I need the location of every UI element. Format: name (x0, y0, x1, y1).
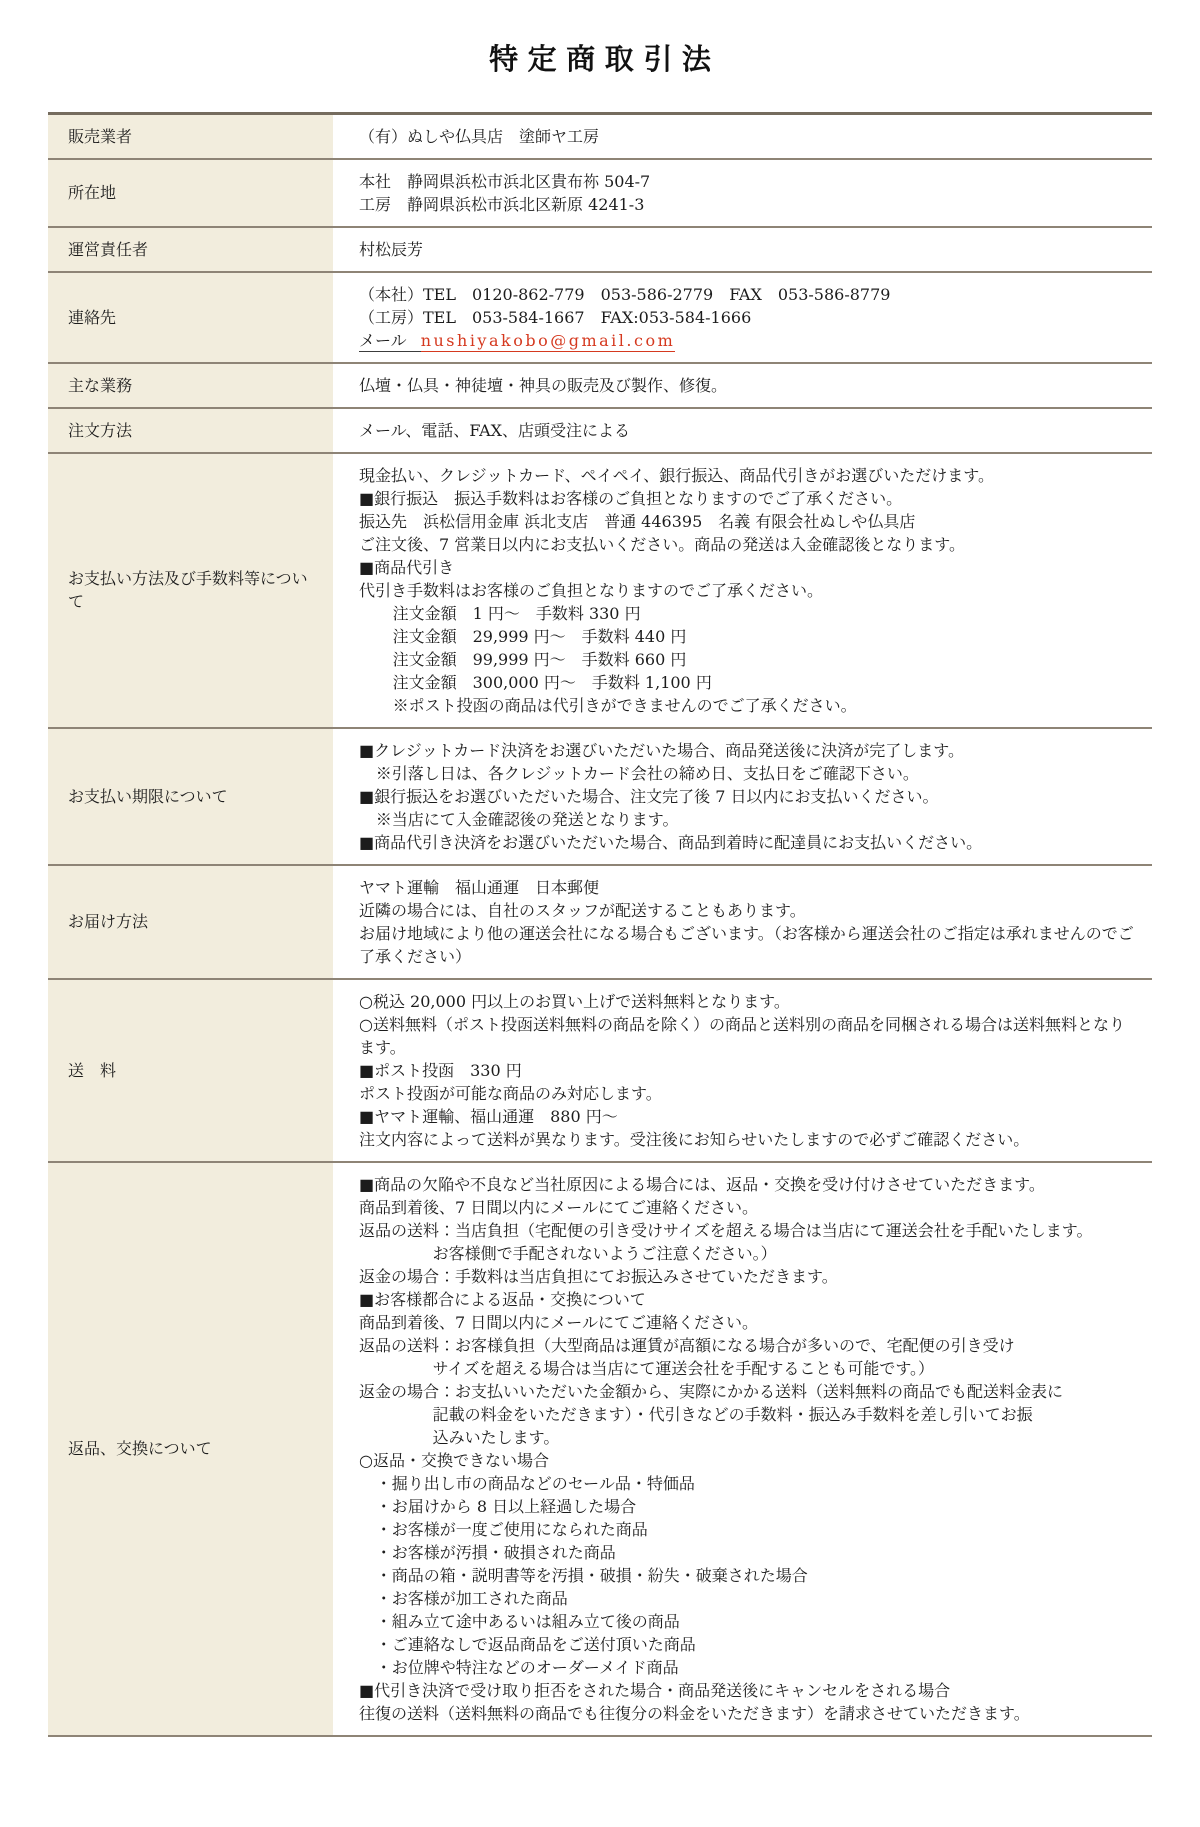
table-row: 連絡先（本社）TEL 0120-862-779 053-586-2779 FAX… (48, 271, 1152, 362)
text-line: 注文金額 29,999 円～ 手数料 440 円 (359, 625, 1140, 648)
text-line: ■ポスト投函 330 円 (359, 1059, 1140, 1082)
row-content-cell: ヤマト運輸 福山通運 日本郵便近隣の場合には、自社のスタッフが配送することもあり… (333, 866, 1152, 978)
text-line: ■商品代引き決済をお選びいただいた場合、商品到着時に配達員にお支払いください。 (359, 831, 1140, 854)
text-line: ヤマト運輸 福山通運 日本郵便 (359, 876, 1140, 899)
text-line: ・掘り出し市の商品などのセール品・特価品 (359, 1472, 1140, 1495)
row-label-text: お支払い期限について (68, 785, 228, 808)
text-line: ・お客様が一度ご使用になられた商品 (359, 1518, 1140, 1541)
table-row: お支払い期限について■クレジットカード決済をお選びいただいた場合、商品発送後に決… (48, 727, 1152, 864)
table-row: 送 料○税込 20,000 円以上のお買い上げで送料無料となります。○送料無料（… (48, 978, 1152, 1161)
row-label-cell: 注文方法 (48, 409, 333, 452)
text-line: ■商品代引き (359, 556, 1140, 579)
row-content-cell: （有）ぬしや仏具店 塗師ヤ工房 (333, 115, 1152, 158)
text-line: 返品の送料：お客様負担（大型商品は運賃が高額になる場合が多いので、宅配便の引き受… (359, 1334, 1140, 1357)
text-line: 返品の送料：当店負担（宅配便の引き受けサイズを超える場合は当店にて運送会社を手配… (359, 1219, 1140, 1242)
table-row: 販売業者（有）ぬしや仏具店 塗師ヤ工房 (48, 115, 1152, 158)
row-label-text: 返品、交換について (68, 1437, 212, 1460)
table-row: お支払い方法及び手数料等について現金払い、クレジットカード、ペイペイ、銀行振込、… (48, 452, 1152, 727)
text-line: ※ポスト投函の商品は代引きができませんのでご了承ください。 (359, 694, 1140, 717)
row-content-cell: ■クレジットカード決済をお選びいただいた場合、商品発送後に決済が完了します。※引… (333, 729, 1152, 864)
text-line: ■銀行振込をお選びいただいた場合、注文完了後 7 日以内にお支払いください。 (359, 785, 1140, 808)
text-line: ・ご連絡なしで返品商品をご送付頂いた商品 (359, 1633, 1140, 1656)
row-content-cell: 本社 静岡県浜松市浜北区貴布祢 504-7工房 静岡県浜松市浜北区新原 4241… (333, 160, 1152, 226)
text-line: サイズを超える場合は当店にて運送会社を手配することも可能です。） (359, 1357, 1140, 1380)
row-label-text: 連絡先 (68, 306, 116, 329)
text-line: （工房）TEL 053-584-1667 FAX:053-584-1666 (359, 306, 1140, 329)
text-line: ■クレジットカード決済をお選びいただいた場合、商品発送後に決済が完了します。 (359, 739, 1140, 762)
text-line: 込みいたします。 (359, 1426, 1140, 1449)
text-line: 工房 静岡県浜松市浜北区新原 4241-3 (359, 193, 1140, 216)
row-content-cell: ■商品の欠陥や不良など当社原因による場合には、返品・交換を受け付けさせていただき… (333, 1163, 1152, 1735)
text-line: ■お客様都合による返品・交換について (359, 1288, 1140, 1311)
row-label-text: 主な業務 (68, 374, 132, 397)
row-label-cell: 連絡先 (48, 273, 333, 362)
text-line: ・組み立て途中あるいは組み立て後の商品 (359, 1610, 1140, 1633)
row-content-cell: 村松辰芳 (333, 228, 1152, 271)
row-label-cell: お届け方法 (48, 866, 333, 978)
text-line: メール、電話、FAX、店頭受注による (359, 419, 1140, 442)
row-label-cell: 主な業務 (48, 364, 333, 407)
text-line: 往復の送料（送料無料の商品でも往復分の料金をいただきます）を請求させていただきま… (359, 1702, 1140, 1725)
email-link[interactable]: nushiyakobo@gmail.com (421, 331, 676, 352)
text-line: ■銀行振込 振込手数料はお客様のご負担となりますのでご了承ください。 (359, 487, 1140, 510)
text-line: 近隣の場合には、自社のスタッフが配送することもあります。 (359, 899, 1140, 922)
row-label-cell: 運営責任者 (48, 228, 333, 271)
text-line: ■商品の欠陥や不良など当社原因による場合には、返品・交換を受け付けさせていただき… (359, 1173, 1140, 1196)
text-line: 注文金額 1 円～ 手数料 330 円 (359, 602, 1140, 625)
text-line: ・お客様が汚損・破損された商品 (359, 1541, 1140, 1564)
text-line: 返金の場合：手数料は当店負担にてお振込みさせていただきます。 (359, 1265, 1140, 1288)
row-content-cell: メール、電話、FAX、店頭受注による (333, 409, 1152, 452)
row-label-text: 送 料 (68, 1059, 116, 1082)
text-line: お客様側で手配されないようご注意ください。） (359, 1242, 1140, 1265)
text-line: 商品到着後、7 日間以内にメールにてご連絡ください。 (359, 1196, 1140, 1219)
text-line: 仏壇・仏具・神徒壇・神具の販売及び製作、修復。 (359, 374, 1140, 397)
text-line: ・お位牌や特注などのオーダーメイド商品 (359, 1656, 1140, 1679)
text-line: 注文金額 99,999 円～ 手数料 660 円 (359, 648, 1140, 671)
row-content-cell: 仏壇・仏具・神徒壇・神具の販売及び製作、修復。 (333, 364, 1152, 407)
text-line: ・お届けから 8 日以上経過した場合 (359, 1495, 1140, 1518)
text-line: 現金払い、クレジットカード、ペイペイ、銀行振込、商品代引きがお選びいただけます。 (359, 464, 1140, 487)
row-label-text: 所在地 (68, 181, 116, 204)
row-label-text: 運営責任者 (68, 238, 148, 261)
soho-table: 販売業者（有）ぬしや仏具店 塗師ヤ工房所在地本社 静岡県浜松市浜北区貴布祢 50… (48, 112, 1152, 1737)
row-label-cell: お支払い方法及び手数料等について (48, 454, 333, 727)
text-line: 返金の場合：お支払いいただいた金額から、実際にかかる送料（送料無料の商品でも配送… (359, 1380, 1140, 1403)
text-line: ○税込 20,000 円以上のお買い上げで送料無料となります。 (359, 990, 1140, 1013)
text-line: 注文内容によって送料が異なります。受注後にお知らせいたしますので必ずご確認くださ… (359, 1128, 1140, 1151)
text-line: （本社）TEL 0120-862-779 053-586-2779 FAX 05… (359, 283, 1140, 306)
text-line: 記載の料金をいただきます）・代引きなどの手数料・振込み手数料を差し引いてお振 (359, 1403, 1140, 1426)
text-line: 本社 静岡県浜松市浜北区貴布祢 504-7 (359, 170, 1140, 193)
row-label-cell: お支払い期限について (48, 729, 333, 864)
table-row: 主な業務仏壇・仏具・神徒壇・神具の販売及び製作、修復。 (48, 362, 1152, 407)
row-content-cell: ○税込 20,000 円以上のお買い上げで送料無料となります。○送料無料（ポスト… (333, 980, 1152, 1161)
row-label-cell: 返品、交換について (48, 1163, 333, 1735)
row-label-text: 販売業者 (68, 125, 132, 148)
row-label-cell: 販売業者 (48, 115, 333, 158)
row-content-cell: 現金払い、クレジットカード、ペイペイ、銀行振込、商品代引きがお選びいただけます。… (333, 454, 1152, 727)
row-label-cell: 送 料 (48, 980, 333, 1161)
text-line: 村松辰芳 (359, 238, 1140, 261)
text-line: ポスト投函が可能な商品のみ対応します。 (359, 1082, 1140, 1105)
row-label-text: 注文方法 (68, 419, 132, 442)
table-row: 返品、交換について■商品の欠陥や不良など当社原因による場合には、返品・交換を受け… (48, 1161, 1152, 1735)
text-line: ■代引き決済で受け取り拒否をされた場合・商品発送後にキャンセルをされる場合 (359, 1679, 1140, 1702)
text-line: ご注文後、7 営業日以内にお支払いください。商品の発送は入金確認後となります。 (359, 533, 1140, 556)
text-line: 振込先 浜松信用金庫 浜北支店 普通 446395 名義 有限会社ぬしや仏具店 (359, 510, 1140, 533)
text-line: ・商品の箱・説明書等を汚損・破損・紛失・破棄された場合 (359, 1564, 1140, 1587)
table-row: 注文方法メール、電話、FAX、店頭受注による (48, 407, 1152, 452)
text-line: （有）ぬしや仏具店 塗師ヤ工房 (359, 125, 1140, 148)
row-content-cell: （本社）TEL 0120-862-779 053-586-2779 FAX 05… (333, 273, 1152, 362)
text-line: 注文金額 300,000 円～ 手数料 1,100 円 (359, 671, 1140, 694)
mail-label: メール (359, 331, 421, 352)
text-line: ※引落し日は、各クレジットカード会社の締め日、支払日をご確認下さい。 (359, 762, 1140, 785)
table-row: お届け方法ヤマト運輸 福山通運 日本郵便近隣の場合には、自社のスタッフが配送する… (48, 864, 1152, 978)
table-row: 運営責任者村松辰芳 (48, 226, 1152, 271)
text-line: ○送料無料（ポスト投函送料無料の商品を除く）の商品と送料別の商品を同梱される場合… (359, 1013, 1140, 1059)
text-line: ○返品・交換できない場合 (359, 1449, 1140, 1472)
row-label-text: お支払い方法及び手数料等について (68, 567, 319, 613)
row-label-text: お届け方法 (68, 910, 148, 933)
text-line: メールnushiyakobo@gmail.com (359, 329, 1140, 352)
row-label-cell: 所在地 (48, 160, 333, 226)
text-line: ※当店にて入金確認後の発送となります。 (359, 808, 1140, 831)
document-page: 特定商取引法 販売業者（有）ぬしや仏具店 塗師ヤ工房所在地本社 静岡県浜松市浜北… (0, 19, 1200, 1736)
table-row: 所在地本社 静岡県浜松市浜北区貴布祢 504-7工房 静岡県浜松市浜北区新原 4… (48, 158, 1152, 226)
page-title: 特定商取引法 (0, 19, 1200, 92)
text-line: ・お客様が加工された商品 (359, 1587, 1140, 1610)
text-line: お届け地域により他の運送会社になる場合もございます。（お客様から運送会社のご指定… (359, 922, 1140, 968)
text-line: ■ヤマト運輸、福山通運 880 円～ (359, 1105, 1140, 1128)
text-line: 商品到着後、7 日間以内にメールにてご連絡ください。 (359, 1311, 1140, 1334)
text-line: 代引き手数料はお客様のご負担となりますのでご了承ください。 (359, 579, 1140, 602)
